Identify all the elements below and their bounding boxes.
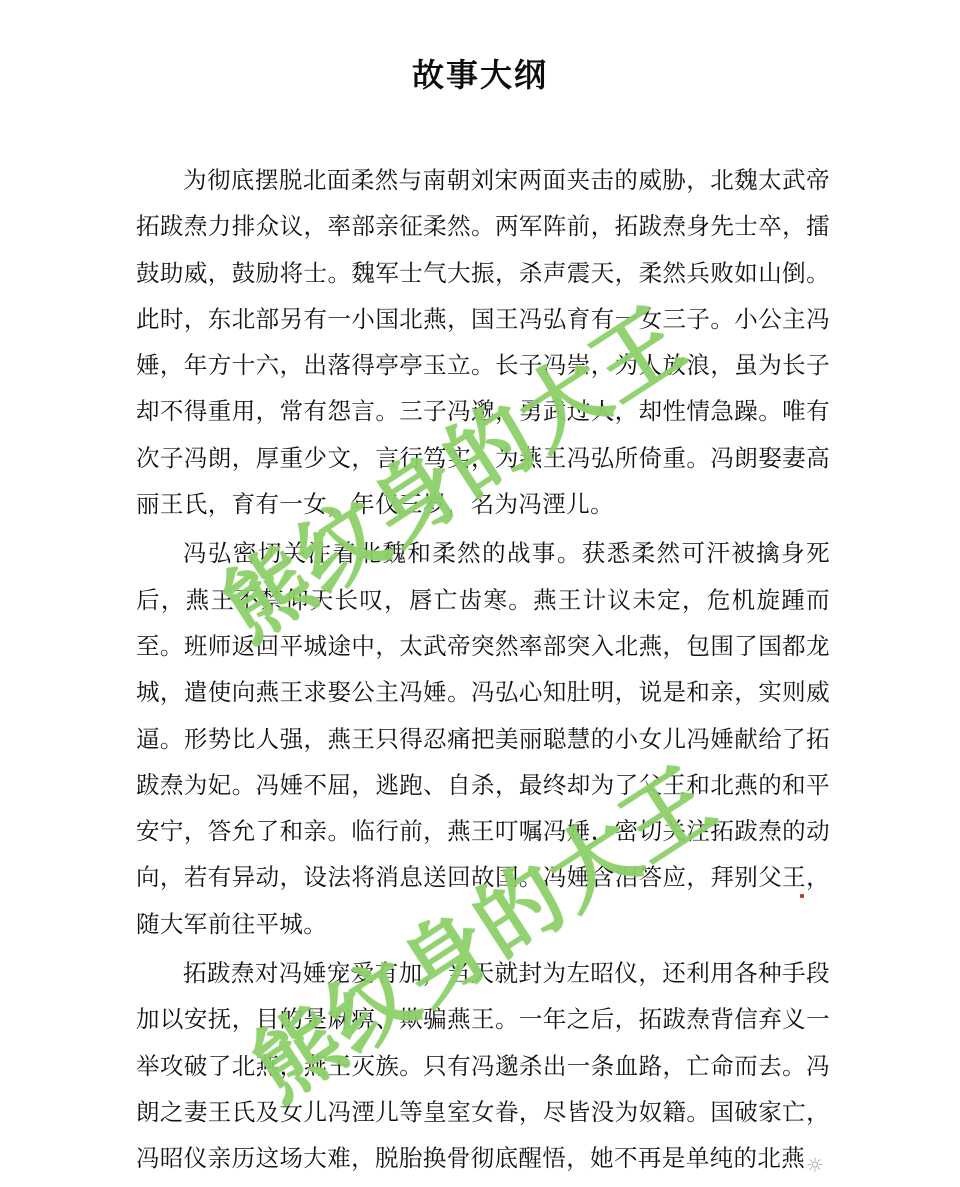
- red-mark-dot: [800, 894, 804, 898]
- weibo-logo-icon: ☼: [800, 1150, 830, 1180]
- paragraph-2: 冯弘密切关注着北魏和柔然的战事。获悉柔然可汗被擒身死后，燕王不禁仰天长叹，唇亡齿…: [136, 530, 830, 947]
- document-body: 为彻底摆脱北面柔然与南朝刘宋两面夹击的威胁，北魏太武帝拓跋焘力排众议，率部亲征柔…: [136, 157, 830, 1182]
- document-page: 故事大纲 为彻底摆脱北面柔然与南朝刘宋两面夹击的威胁，北魏太武帝拓跋焘力排众议，…: [0, 0, 960, 1187]
- paragraph-1: 为彻底摆脱北面柔然与南朝刘宋两面夹击的威胁，北魏太武帝拓跋焘力排众议，率部亲征柔…: [136, 157, 830, 527]
- paragraph-3: 拓跋焘对冯娷宠爱有加，当天就封为左昭仪，还利用各种手段加以安抚，目的是麻痹、欺骗…: [136, 950, 830, 1181]
- document-title: 故事大纲: [0, 50, 960, 96]
